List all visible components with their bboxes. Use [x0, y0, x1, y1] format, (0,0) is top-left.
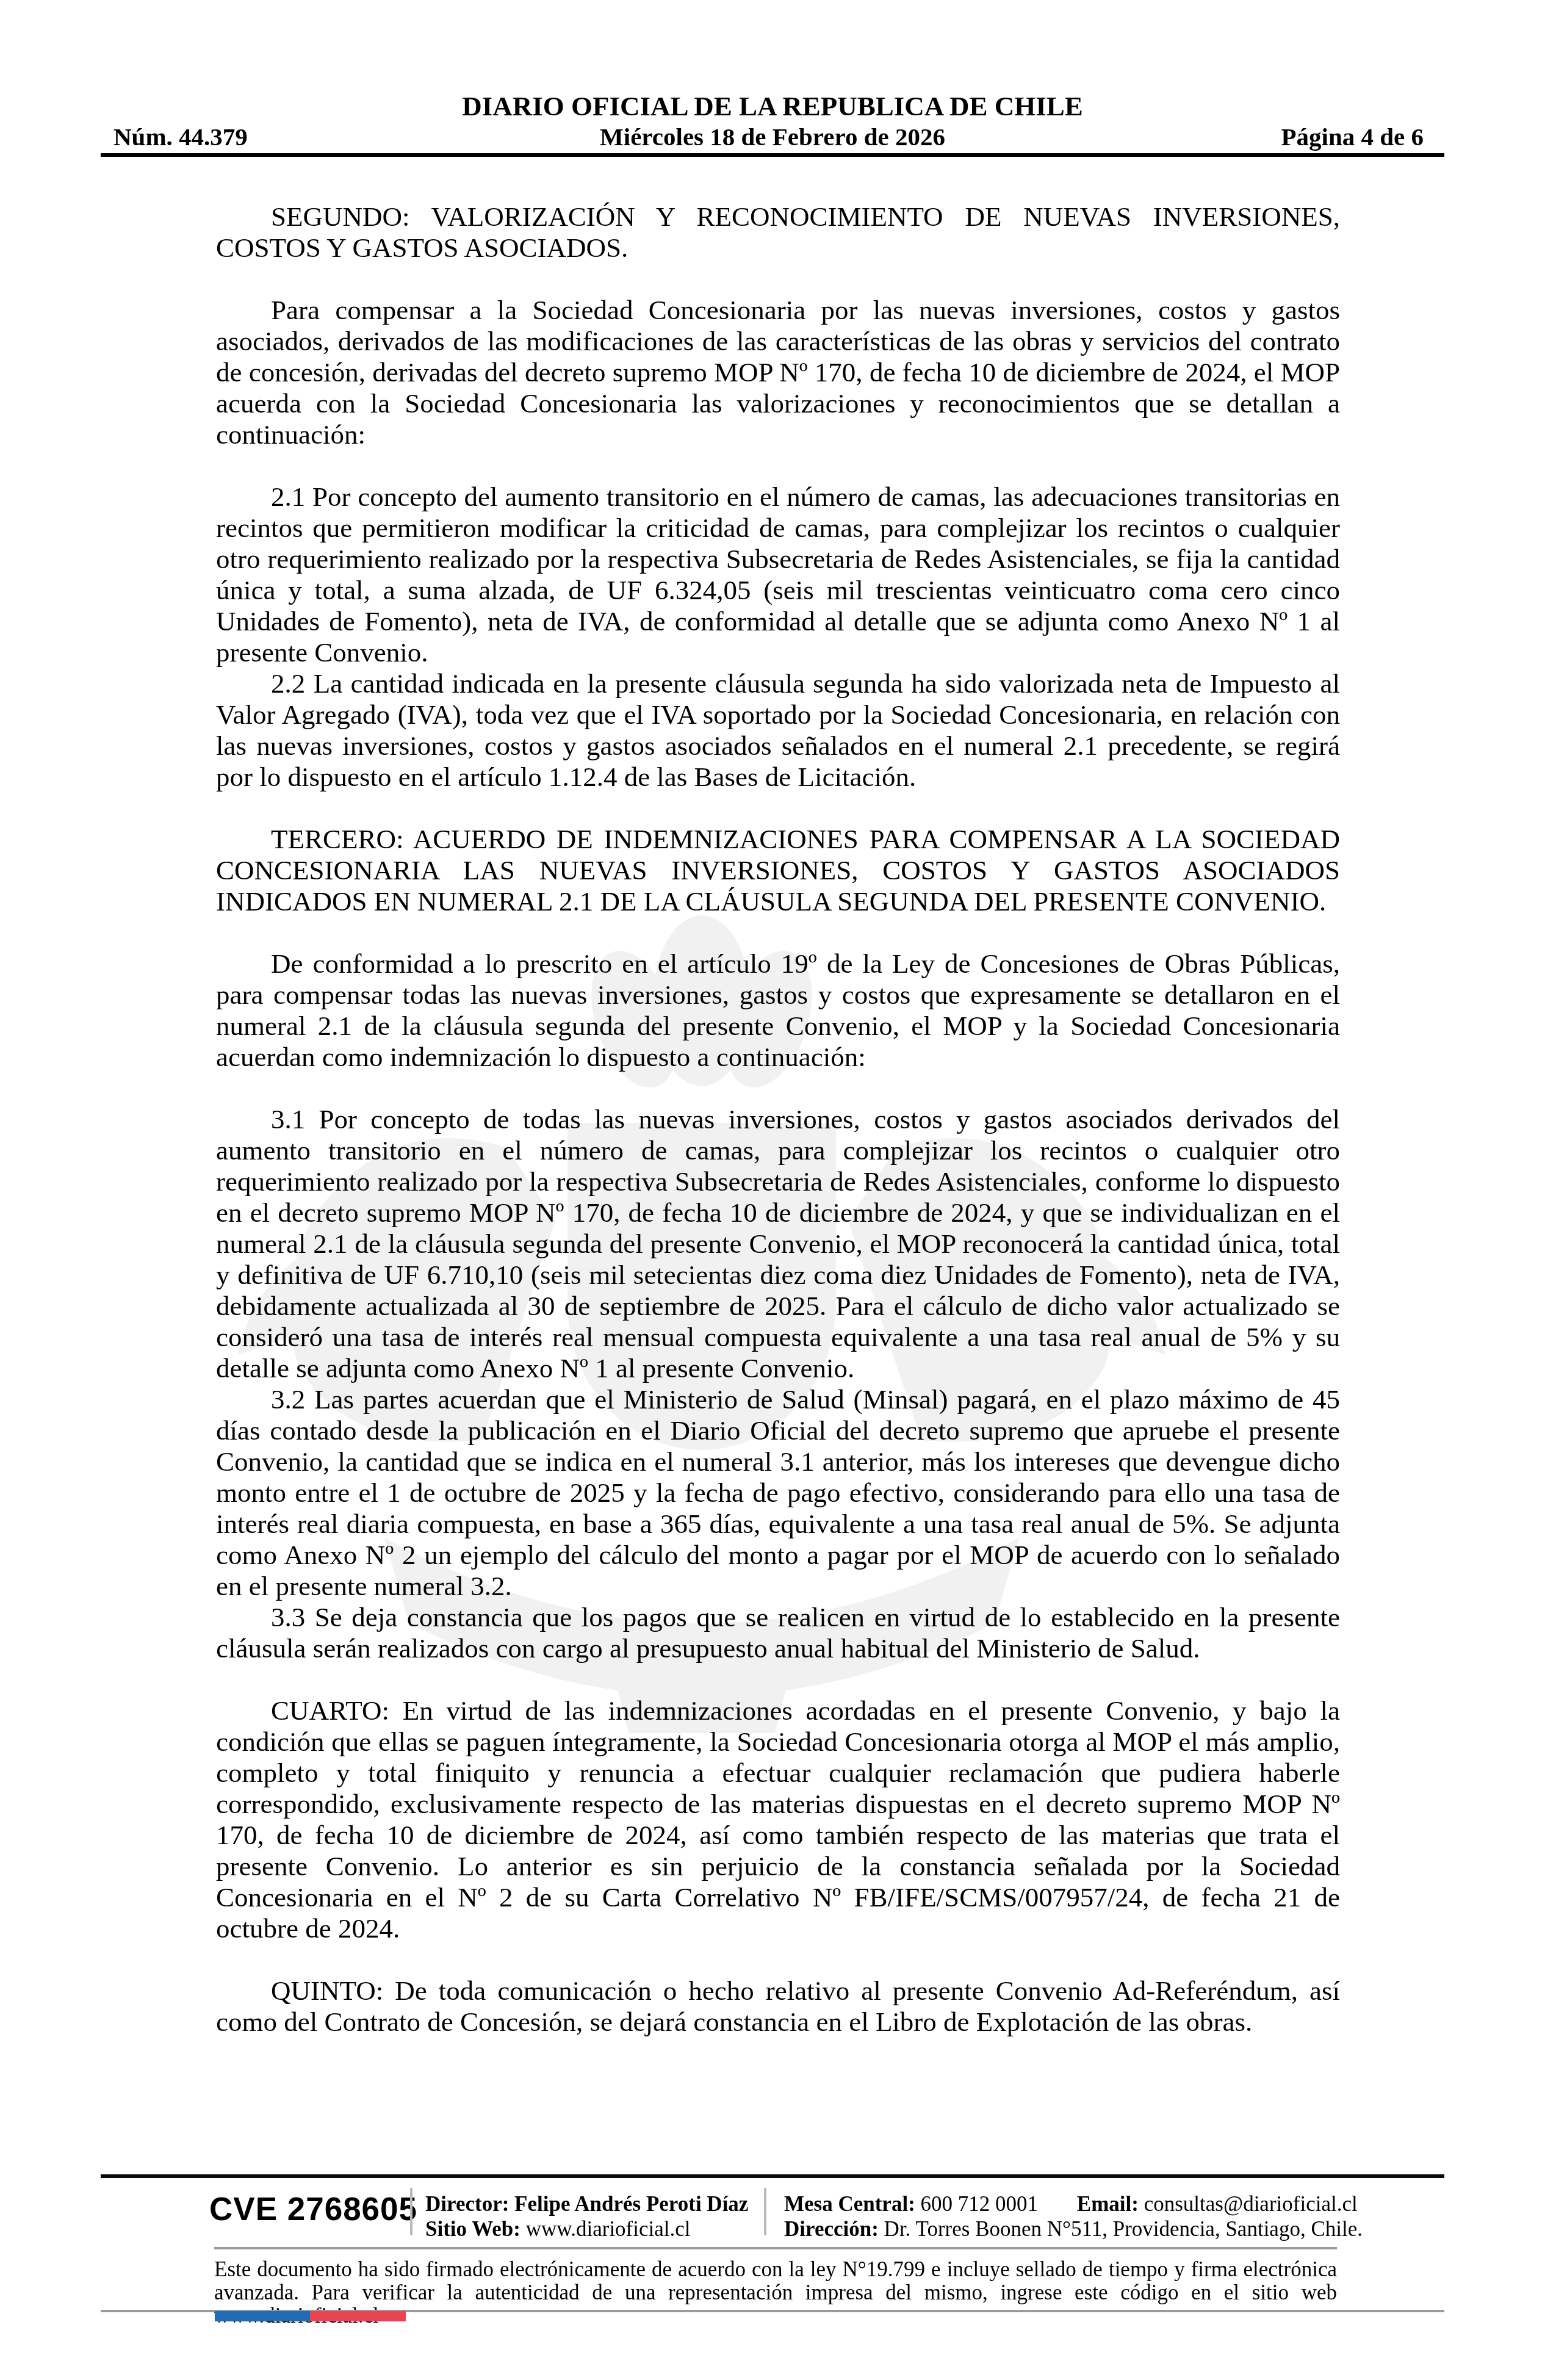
- flag-blue-segment: [215, 2311, 310, 2321]
- director-label: Director:: [425, 2192, 509, 2216]
- cve-code: CVE 2768605: [209, 2191, 417, 2228]
- phone-number: 600 712 0001: [921, 2192, 1039, 2216]
- footer-director-column: Director: Felipe Andrés Peroti Díaz Siti…: [425, 2191, 748, 2241]
- flag-red-segment: [310, 2311, 406, 2321]
- address-value: Dr. Torres Boonen N°511, Providencia, Sa…: [884, 2217, 1363, 2241]
- legal-separator-rule: [214, 2247, 1337, 2249]
- email-label: Email:: [1077, 2192, 1139, 2216]
- clause-segundo-heading: SEGUNDO: VALORIZACIÓN Y RECONOCIMIENTO D…: [216, 201, 1340, 264]
- director-line: Director: Felipe Andrés Peroti Díaz: [425, 2191, 748, 2216]
- header-rule: [101, 153, 1444, 157]
- paragraph-conformidad: De conformidad a lo prescrito en el artí…: [216, 948, 1340, 1073]
- masthead-title: DIARIO OFICIAL DE LA REPUBLICA DE CHILE: [101, 92, 1444, 121]
- address-line: Dirección: Dr. Torres Boonen N°511, Prov…: [784, 2216, 1363, 2241]
- document-body: SEGUNDO: VALORIZACIÓN Y RECONOCIMIENTO D…: [216, 201, 1340, 2038]
- edition-date: Miércoles 18 de Febrero de 2026: [101, 122, 1444, 151]
- footer-contact-column: Mesa Central: 600 712 0001 Email: consul…: [784, 2191, 1363, 2241]
- paragraph-3-2: 3.2 Las partes acuerdan que el Ministeri…: [216, 1384, 1340, 1602]
- paragraph-2-1: 2.1 Por concepto del aumento transitorio…: [216, 481, 1340, 668]
- chile-flag-bar: [215, 2311, 406, 2321]
- footer-divider-2: [764, 2188, 766, 2235]
- footer-divider-1: [410, 2188, 412, 2235]
- paragraph-compensacion: Para compensar a la Sociedad Concesionar…: [216, 295, 1340, 450]
- paragraph-3-1: 3.1 Por concepto de todas las nuevas inv…: [216, 1104, 1340, 1384]
- clause-quinto: QUINTO: De toda comunicación o hecho rel…: [216, 1975, 1340, 2038]
- footer-top-rule: [101, 2174, 1444, 2178]
- clause-tercero-heading: TERCERO: ACUERDO DE INDEMNIZACIONES PARA…: [216, 824, 1340, 917]
- phone-email-line: Mesa Central: 600 712 0001 Email: consul…: [784, 2191, 1363, 2216]
- document-page: DIARIO OFICIAL DE LA REPUBLICA DE CHILE …: [0, 0, 1556, 2380]
- paragraph-2-2: 2.2 La cantidad indicada en la presente …: [216, 668, 1340, 793]
- email-address[interactable]: consultas@diarioficial.cl: [1144, 2192, 1358, 2216]
- clause-cuarto: CUARTO: En virtud de las indemnizaciones…: [216, 1695, 1340, 1944]
- website-line: Sitio Web: www.diarioficial.cl: [425, 2216, 748, 2241]
- address-label: Dirección:: [784, 2217, 879, 2241]
- paragraph-3-3: 3.3 Se deja constancia que los pagos que…: [216, 1602, 1340, 1664]
- website-url[interactable]: www.diarioficial.cl: [526, 2217, 691, 2241]
- website-label: Sitio Web:: [425, 2217, 520, 2241]
- director-name: Felipe Andrés Peroti Díaz: [514, 2192, 748, 2216]
- page-indicator: Página 4 de 6: [1281, 122, 1424, 151]
- phone-label: Mesa Central:: [784, 2192, 915, 2216]
